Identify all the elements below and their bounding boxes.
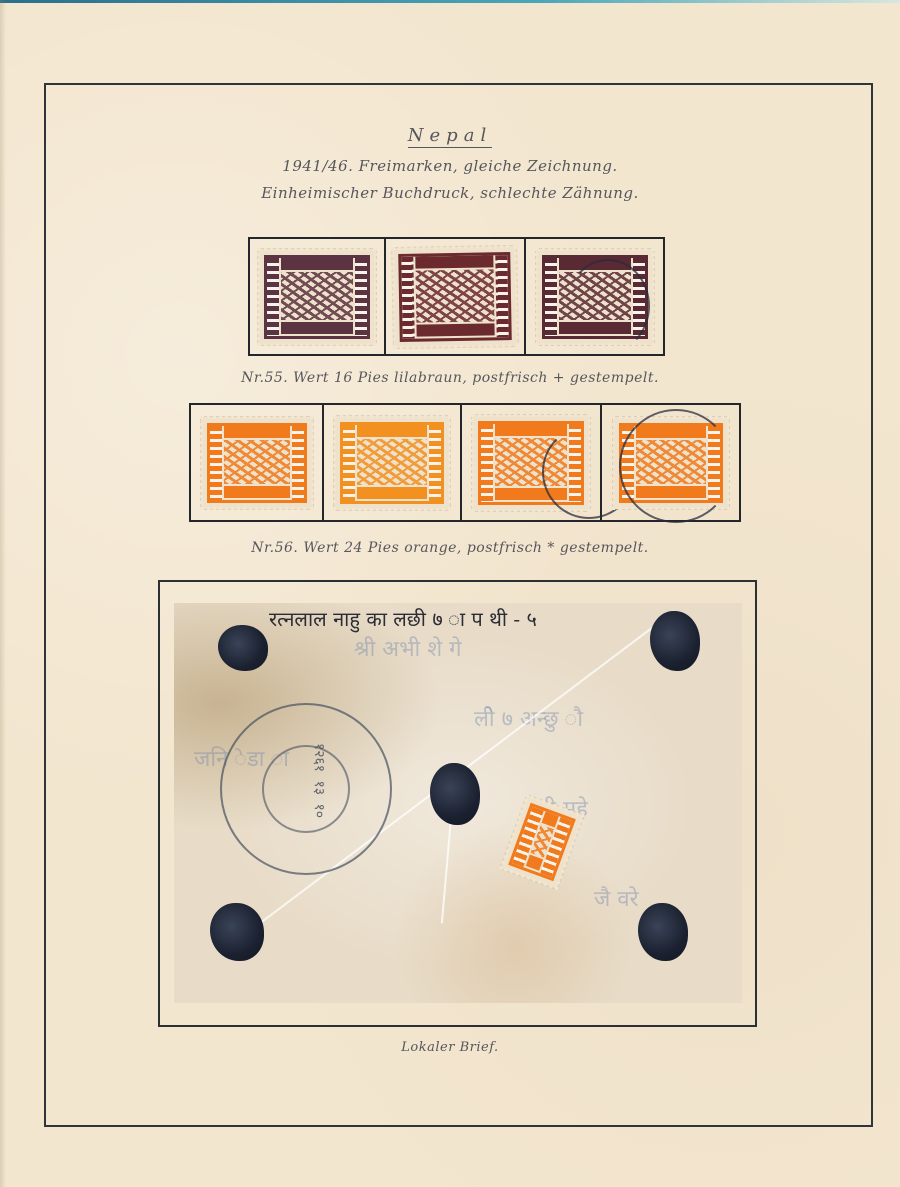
show-through-writing: जै वरे (594, 883, 639, 913)
caption-nr55: Nr.55. Wert 16 Pies lilabraun, postfrisc… (0, 370, 900, 386)
wax-seal (650, 611, 700, 671)
cover-handwriting: रत्नलाल नाहु का लछी ७ ा प थी - ५ (269, 605, 537, 632)
stamp-nr56-used[interactable] (472, 415, 590, 511)
wax-seal (210, 903, 264, 961)
show-through-writing: श्री अभी शे गे (354, 633, 462, 663)
stamp-nr55-mint[interactable] (258, 249, 376, 345)
stamp-mount (324, 405, 462, 520)
stamp-nr56-mint[interactable] (334, 416, 450, 510)
wax-seal (430, 763, 480, 825)
scan-edge (0, 0, 900, 3)
postmark: १२६१ १३ १० (220, 703, 392, 875)
stamp-nr56-mint[interactable] (201, 417, 313, 509)
stamp-row-nr55 (248, 237, 665, 356)
page-shadow (0, 0, 6, 1187)
postmark-date: १२६१ १३ १० (310, 743, 329, 818)
stamp-mount (386, 239, 526, 354)
stamp-nr55-used[interactable] (536, 249, 654, 345)
stamp-mount (191, 405, 324, 520)
page-subtitle-line1: 1941/46. Freimarken, gleiche Zeichnung. (0, 157, 900, 175)
stamp-row-nr56 (189, 403, 741, 522)
stamp-mount (250, 239, 386, 354)
stamp-mount (602, 405, 739, 520)
page-title: Nepal (0, 125, 900, 146)
stamp-mount (526, 239, 663, 354)
stamp-mount (462, 405, 602, 520)
wax-seal (218, 625, 268, 671)
stamp-nr56-used[interactable] (613, 417, 729, 509)
stamp-nr55-mint[interactable] (392, 245, 518, 347)
local-cover[interactable]: श्री अभी शे गे लीे ७ अन्छु ौ जनि ेडा ा ज… (174, 603, 742, 1003)
caption-nr56: Nr.56. Wert 24 Pies orange, postfrisch *… (0, 540, 900, 556)
page-subtitle-line2: Einheimischer Buchdruck, schlechte Zähnu… (0, 184, 900, 202)
wax-seal (638, 903, 688, 961)
caption-cover: Lokaler Brief. (0, 1040, 900, 1055)
